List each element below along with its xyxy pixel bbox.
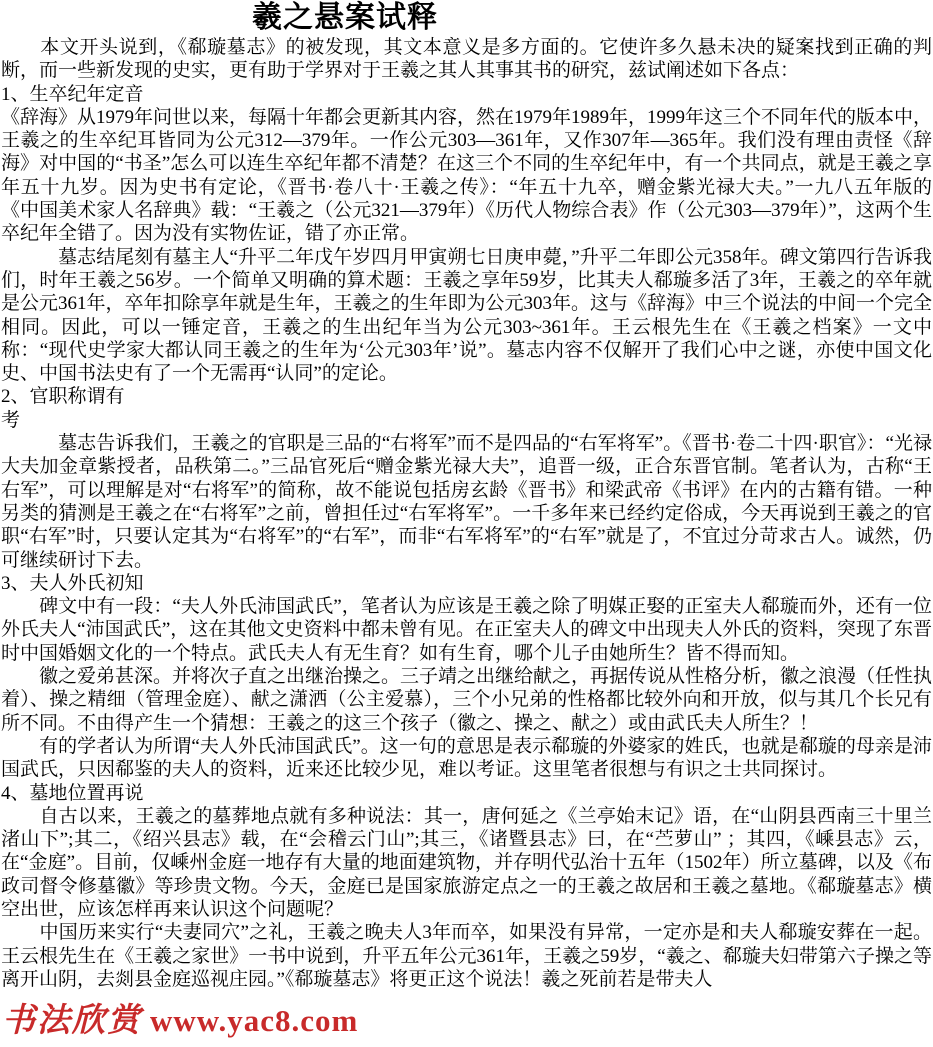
document-body: 本文开头说到，《郗璇墓志》的被发现，其文本意义是多方面的。它使许多久悬未决的疑案… — [0, 35, 933, 991]
section-heading-2-line1: 2、官职称谓有 — [1, 385, 932, 408]
beiwen-paragraph: 碑文中有一段：“夫人外氏沛国武氏”，笔者认为应该是王羲之除了明媒正娶的正室夫人郗… — [1, 595, 932, 665]
tongxue-paragraph: 中国历来实行“夫妻同穴”之礼，王羲之晚夫人3年而卒，如果没有异常，一定亦是和夫人… — [1, 921, 932, 991]
watermark-site-url: www.yac8.com — [150, 1003, 358, 1039]
cihai-paragraph: 《辞海》从1979年问世以来，每隔十年都会更新其内容，然在1979年1989年，… — [1, 106, 932, 246]
mudi-paragraph: 自古以来，王羲之的墓葬地点就有多种说法：其一，唐何延之《兰亭始末记》语，在“山阴… — [1, 805, 932, 921]
section-heading-1: 1、生卒纪年定音 — [1, 83, 932, 106]
section-heading-4: 4、墓地位置再说 — [1, 782, 932, 805]
section-heading-3: 3、夫人外氏初知 — [1, 572, 932, 595]
watermark: 书法欣赏 www.yac8.com — [2, 994, 358, 1041]
watermark-site-name: 书法欣赏 — [2, 994, 142, 1041]
title-area: 羲之悬案试释 — [0, 0, 690, 35]
intro-paragraph: 本文开头说到，《郗璇墓志》的被发现，其文本意义是多方面的。它使许多久悬未决的疑案… — [1, 36, 932, 83]
muzhi-ending-paragraph: 墓志结尾刻有墓主人“升平二年戊午岁四月甲寅朔七日庚申薨，”升平二年即公元358年… — [1, 246, 932, 386]
section-heading-2-line2: 考 — [1, 409, 932, 432]
guanzhi-paragraph: 墓志告诉我们，王羲之的官职是三品的“右将军”而不是四品的“右军将军”。《晋书·卷… — [1, 432, 932, 572]
huizhi-paragraph: 徽之爱弟甚深。并将次子直之出继治操之。三子靖之出继给献之，再据传说从性格分析，徽… — [1, 665, 932, 735]
page-title: 羲之悬案试释 — [252, 1, 438, 35]
scholars-paragraph: 有的学者认为所谓“夫人外氏沛国武氏”。这一句的意思是表示郗璇的外婆家的姓氏，也就… — [1, 735, 932, 782]
